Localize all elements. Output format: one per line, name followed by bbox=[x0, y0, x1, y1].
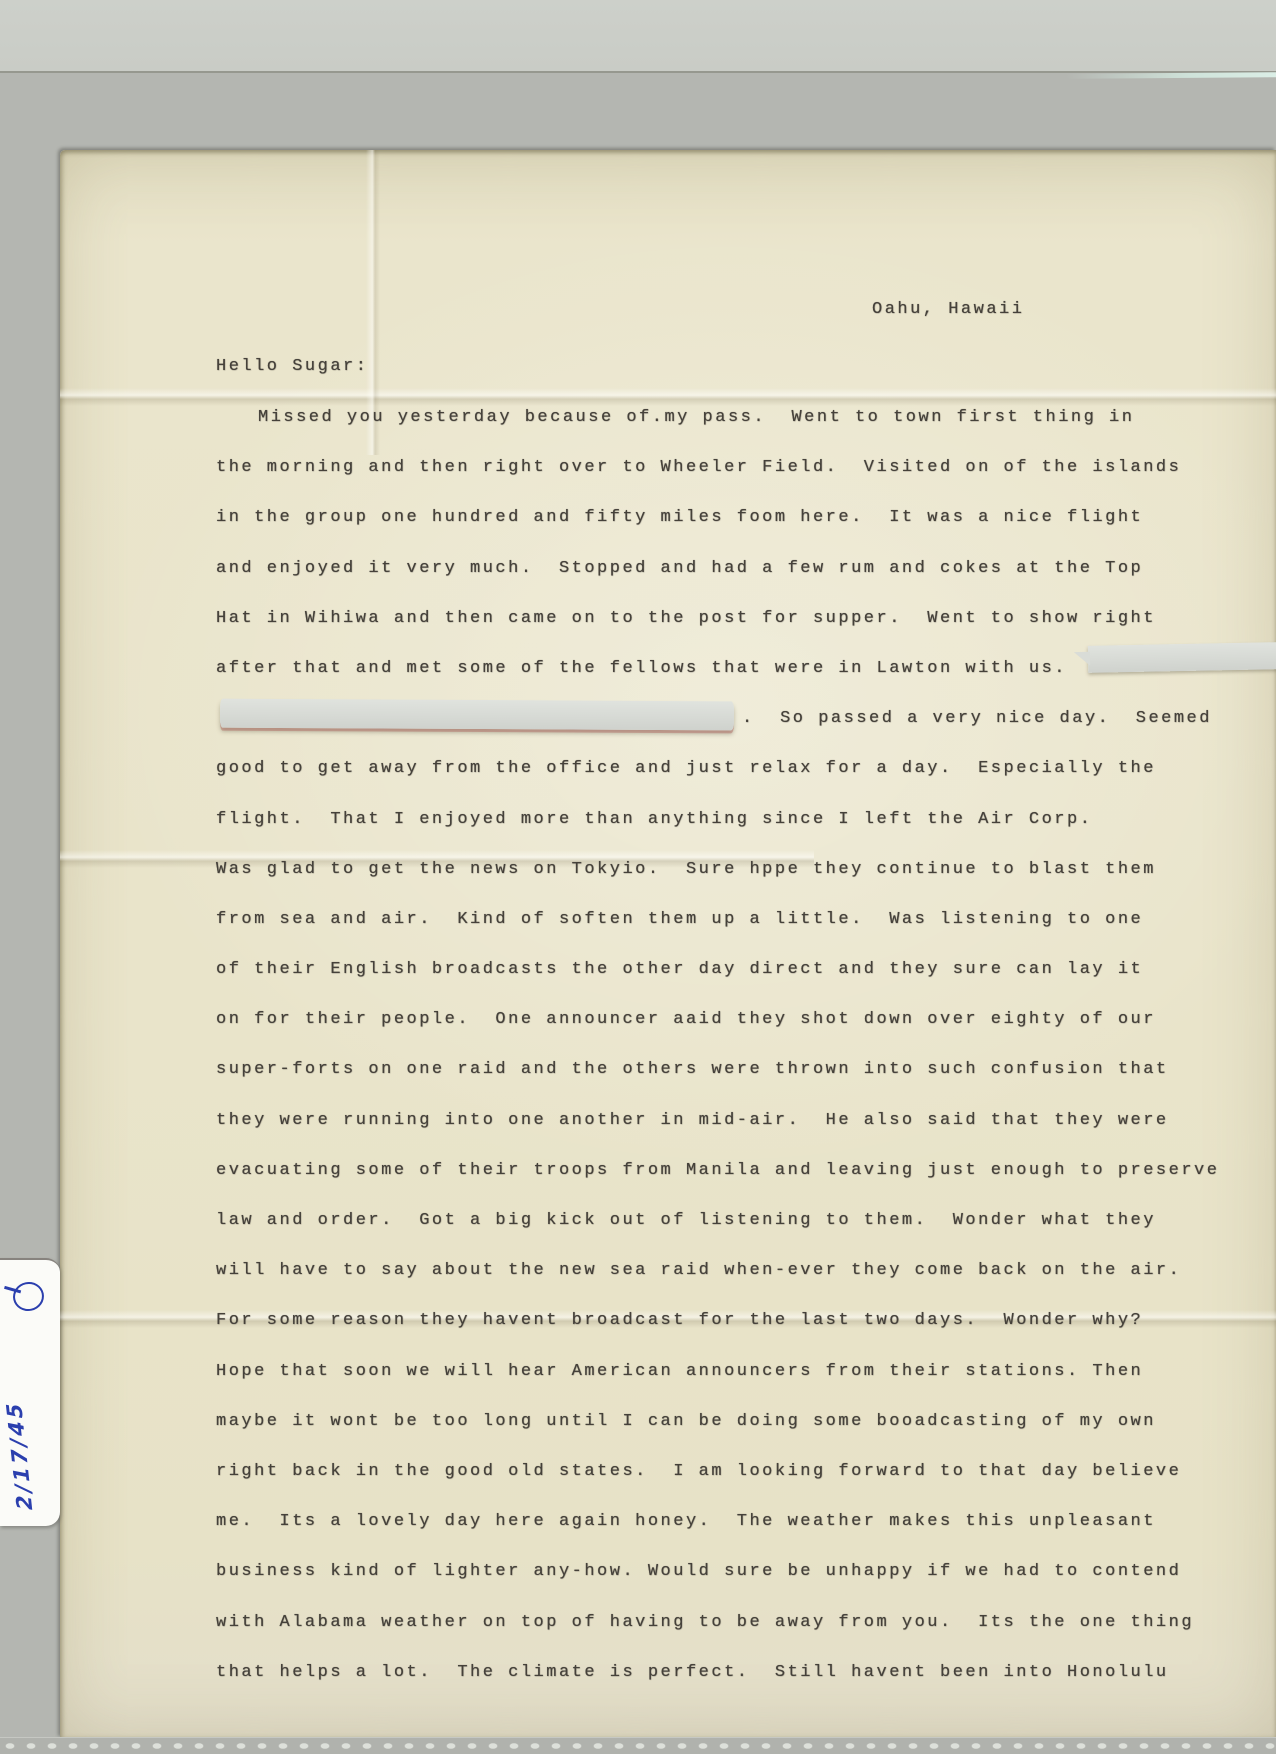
scanner-edge-highlight bbox=[1066, 72, 1276, 78]
letter-body: Missed you yesterday because of.my pass.… bbox=[216, 393, 1276, 1698]
archival-label: 2/17/45 bbox=[0, 1258, 60, 1526]
letter-line: they were running into one another in mi… bbox=[216, 1096, 1276, 1146]
letter-salutation: Hello Sugar: bbox=[216, 357, 368, 376]
scanner-top-band bbox=[0, 0, 1276, 73]
letter-line: of their English broadcasts the other da… bbox=[216, 945, 1276, 995]
letter-location: Oahu, Hawaii bbox=[872, 300, 1024, 319]
perforated-edge-strip bbox=[0, 1737, 1276, 1754]
letter-line: and enjoyed it very much. Stopped and ha… bbox=[216, 544, 1276, 594]
letter-line: Hat in Wihiwa and then came on to the po… bbox=[216, 594, 1276, 644]
letter-line: on for their people. One announcer aaid … bbox=[216, 995, 1276, 1045]
letter-line: evacuating some of their troops from Man… bbox=[216, 1146, 1276, 1196]
letter-line: that helps a lot. The climate is perfect… bbox=[216, 1648, 1276, 1698]
circled-letter-mark bbox=[10, 1279, 46, 1314]
perforation-holes bbox=[0, 1741, 1276, 1752]
redaction-tape-1 bbox=[1088, 642, 1276, 673]
letter-line: For some reason they havent broadcast fo… bbox=[216, 1296, 1276, 1346]
letter-line: Missed you yesterday because of.my pass.… bbox=[216, 393, 1276, 443]
letter-line: flight. That I enjoyed more than anythin… bbox=[216, 795, 1276, 845]
letter-line: Was glad to get the news on Tokyio. Sure… bbox=[216, 845, 1276, 895]
letter-line: me. Its a lovely day here again honey. T… bbox=[216, 1497, 1276, 1547]
handwritten-date: 2/17/45 bbox=[1, 1390, 38, 1510]
letter-line: good to get away from the office and jus… bbox=[216, 744, 1276, 794]
letter-line: super-forts on one raid and the others w… bbox=[216, 1045, 1276, 1095]
letter-line: law and order. Got a big kick out of lis… bbox=[216, 1196, 1276, 1246]
letter-line: maybe it wont be too long until I can be… bbox=[216, 1397, 1276, 1447]
letter-line: with Alabama weather on top of having to… bbox=[216, 1598, 1276, 1648]
scanned-letter-page: Oahu, Hawaii Hello Sugar: Missed you yes… bbox=[0, 0, 1276, 1754]
letter-line: Hope that soon we will hear American ann… bbox=[216, 1347, 1276, 1397]
letter-line: from sea and air. Kind of soften them up… bbox=[216, 895, 1276, 945]
redaction-tape-2 bbox=[220, 699, 734, 731]
letter-line: business kind of lighter any-how. Would … bbox=[216, 1547, 1276, 1597]
letter-line: the morning and then right over to Wheel… bbox=[216, 443, 1276, 493]
letter-line: in the group one hundred and fifty miles… bbox=[216, 493, 1276, 543]
letter-line: right back in the good old states. I am … bbox=[216, 1447, 1276, 1497]
letter-line: will have to say about the new sea raid … bbox=[216, 1246, 1276, 1296]
